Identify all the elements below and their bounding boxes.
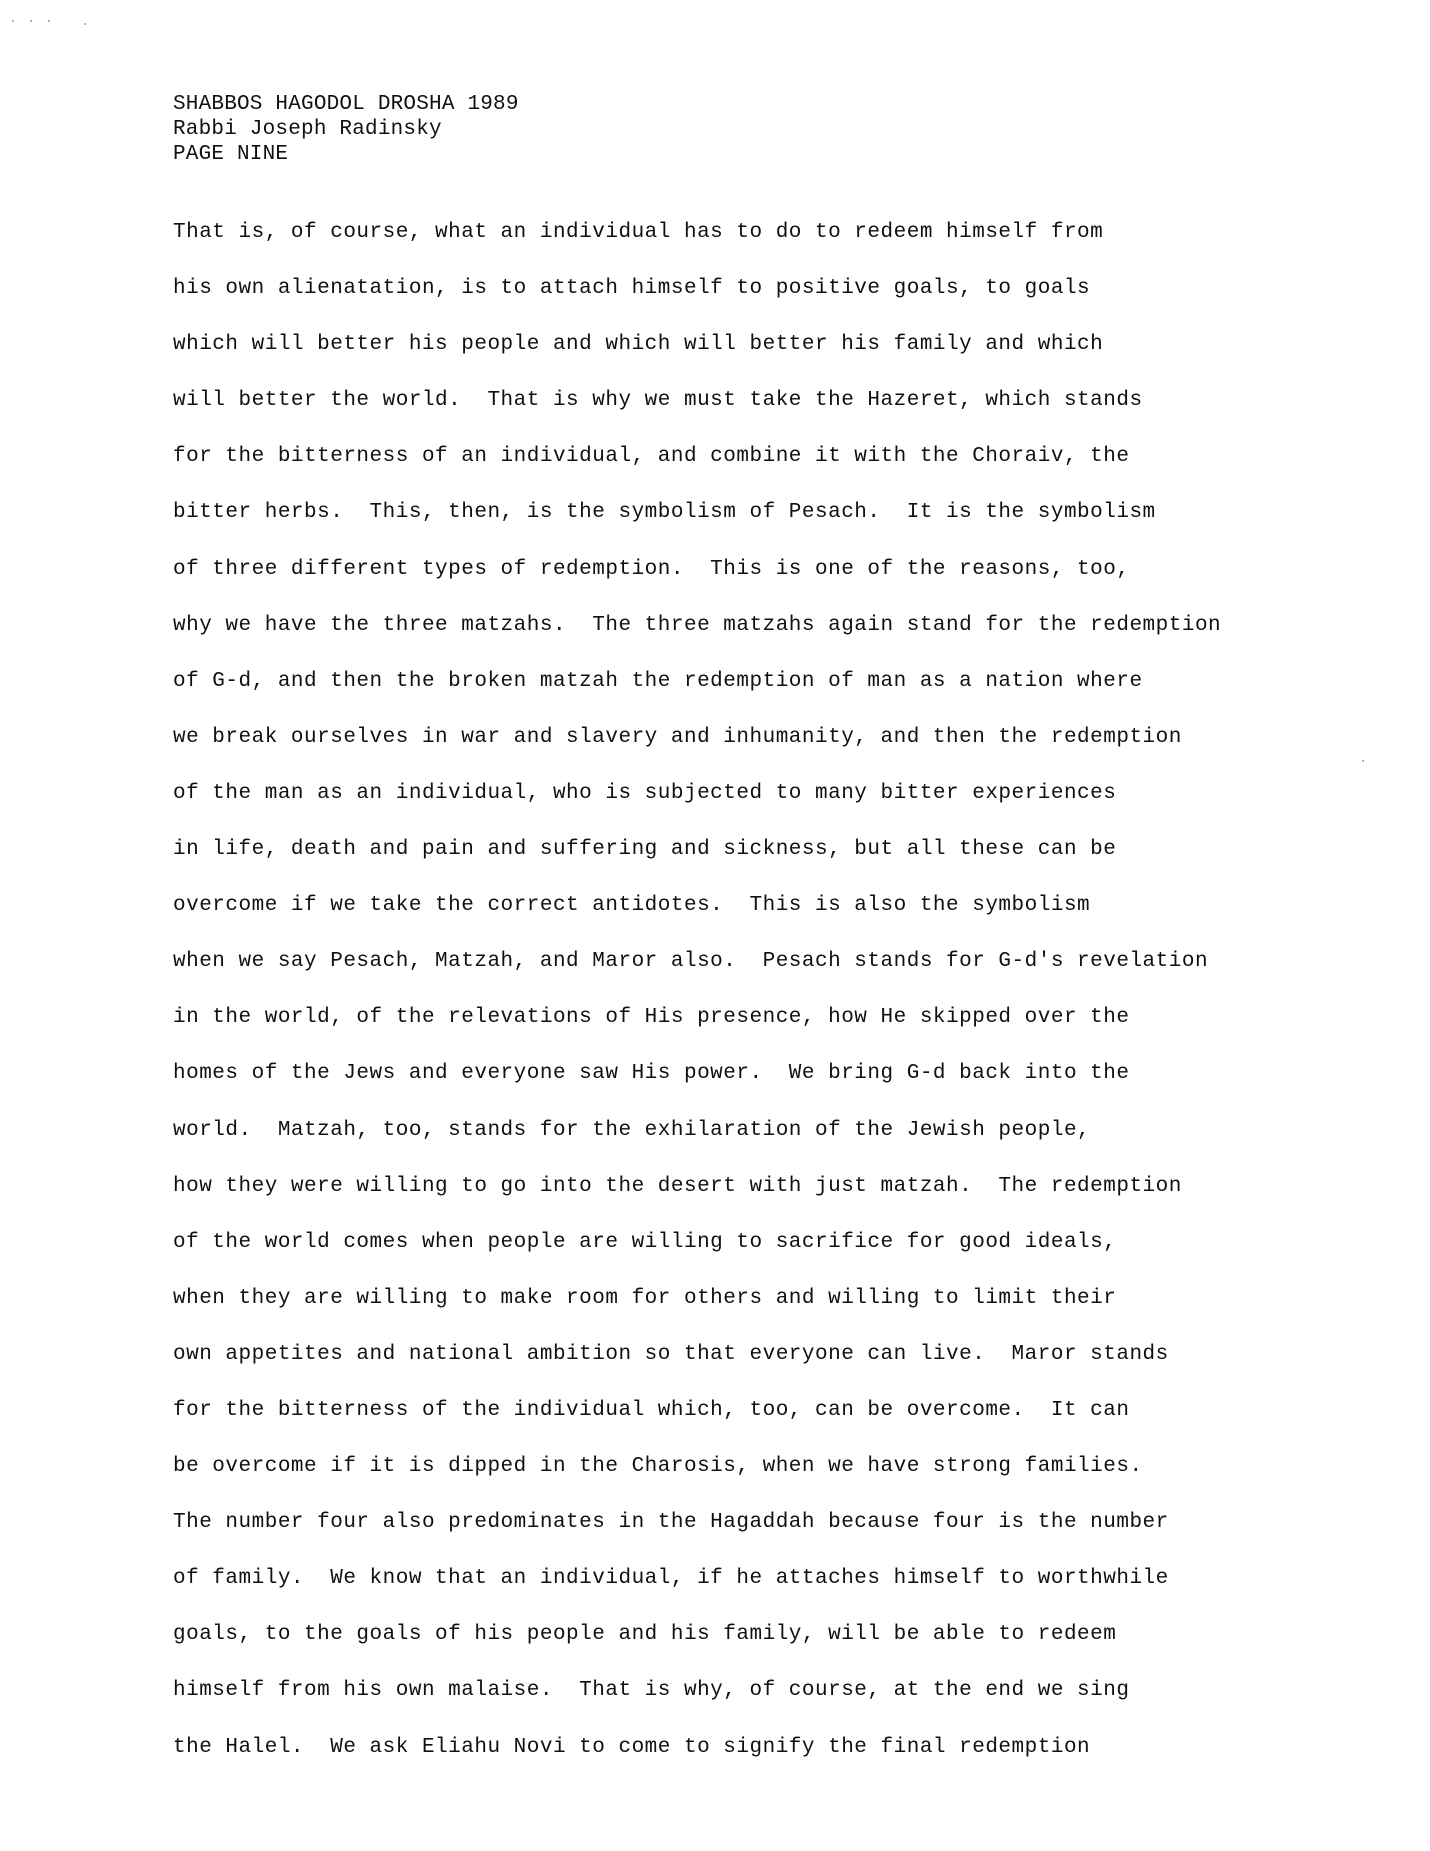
- text-line: the Halel. We ask Eliahu Novi to come to…: [173, 1720, 1221, 1776]
- text-line: of three different types of redemption. …: [173, 542, 1221, 598]
- text-line: himself from his own malaise. That is wh…: [173, 1663, 1221, 1719]
- page-label: PAGE NINE: [173, 142, 519, 167]
- text-line: overcome if we take the correct antidote…: [173, 878, 1221, 934]
- text-line: of G-d, and then the broken matzah the r…: [173, 654, 1221, 710]
- text-line: why we have the three matzahs. The three…: [173, 598, 1221, 654]
- text-line: own appetites and national ambition so t…: [173, 1327, 1221, 1383]
- text-line: That is, of course, what an individual h…: [173, 205, 1221, 261]
- scan-speck: [1362, 760, 1364, 762]
- text-line: world. Matzah, too, stands for the exhil…: [173, 1103, 1221, 1159]
- document-body: That is, of course, what an individual h…: [173, 205, 1221, 1776]
- scan-speck: [48, 20, 50, 22]
- text-line: will better the world. That is why we mu…: [173, 373, 1221, 429]
- document-author: Rabbi Joseph Radinsky: [173, 117, 519, 142]
- text-line: bitter herbs. This, then, is the symboli…: [173, 485, 1221, 541]
- text-line: of the world comes when people are willi…: [173, 1215, 1221, 1271]
- text-line: when we say Pesach, Matzah, and Maror al…: [173, 934, 1221, 990]
- text-line: his own alienatation, is to attach himse…: [173, 261, 1221, 317]
- text-line: when they are willing to make room for o…: [173, 1271, 1221, 1327]
- scan-speck: [12, 20, 14, 22]
- text-line: The number four also predominates in the…: [173, 1495, 1221, 1551]
- text-line: in the world, of the relevations of His …: [173, 990, 1221, 1046]
- scan-speck: [30, 20, 32, 22]
- text-line: we break ourselves in war and slavery an…: [173, 710, 1221, 766]
- text-line: for the bitterness of an individual, and…: [173, 429, 1221, 485]
- text-line: how they were willing to go into the des…: [173, 1159, 1221, 1215]
- text-line: which will better his people and which w…: [173, 317, 1221, 373]
- document-header: SHABBOS HAGODOL DROSHA 1989 Rabbi Joseph…: [173, 92, 519, 167]
- document-title: SHABBOS HAGODOL DROSHA 1989: [173, 92, 519, 117]
- text-line: be overcome if it is dipped in the Charo…: [173, 1439, 1221, 1495]
- text-line: in life, death and pain and suffering an…: [173, 822, 1221, 878]
- text-line: of the man as an individual, who is subj…: [173, 766, 1221, 822]
- scan-speck: [84, 23, 86, 25]
- text-line: goals, to the goals of his people and hi…: [173, 1607, 1221, 1663]
- text-line: of family. We know that an individual, i…: [173, 1551, 1221, 1607]
- text-line: for the bitterness of the individual whi…: [173, 1383, 1221, 1439]
- text-line: homes of the Jews and everyone saw His p…: [173, 1046, 1221, 1102]
